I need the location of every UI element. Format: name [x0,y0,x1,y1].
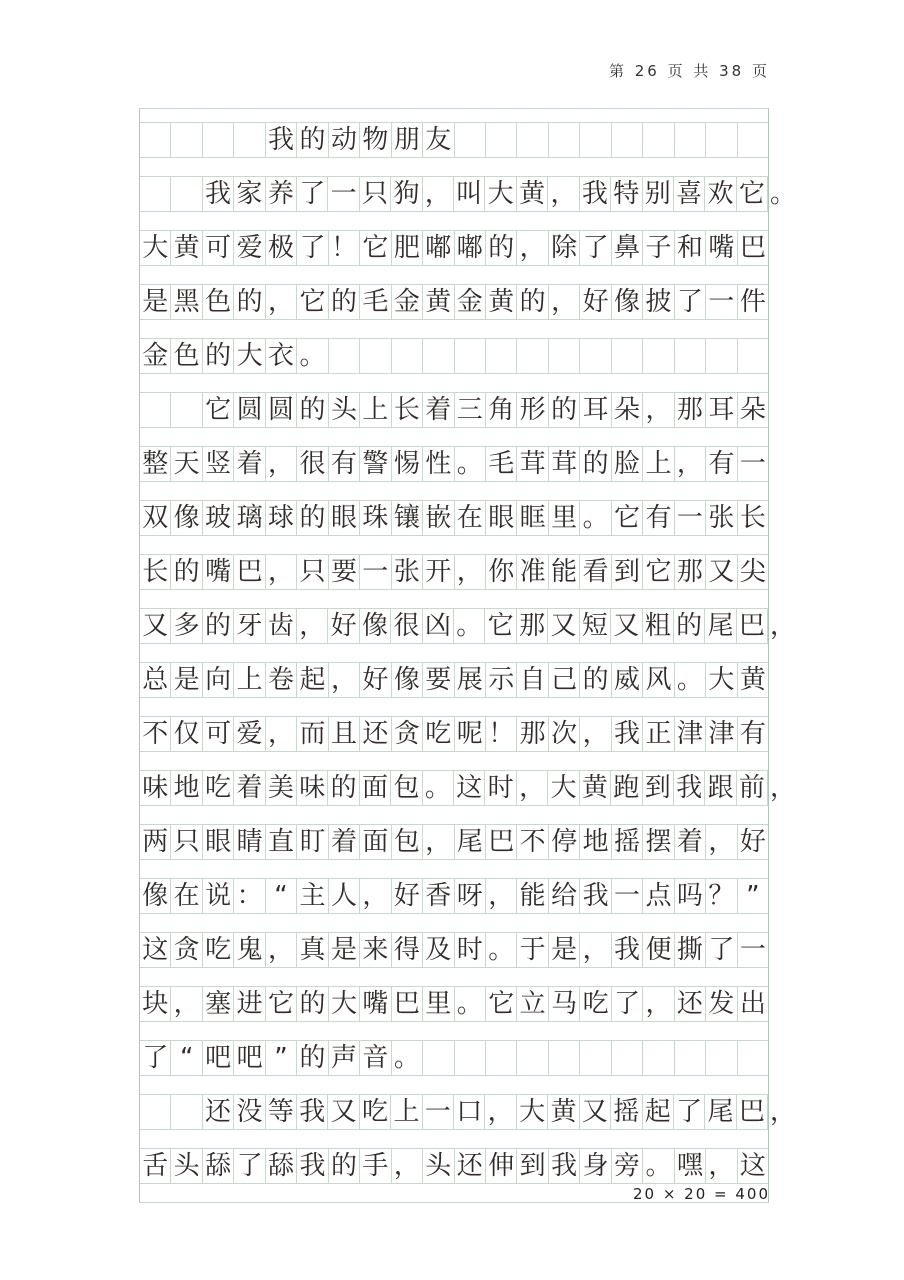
grid-cell: 的 [674,609,705,643]
grid-cell: 身 [580,1149,611,1183]
grid-cell: 在 [455,501,486,535]
grid-cell: 我 [549,1149,580,1183]
grid-cell: 马 [549,987,580,1021]
grid-cell: 竖 [203,447,234,481]
grid-cell: 又 [548,609,579,643]
grid-cell: 我 [266,123,297,157]
grid-cell: 美 [266,771,297,805]
grid-cell: 这 [454,771,485,805]
grid-cell: 的 [203,339,234,373]
grid-cell: 长 [140,555,171,589]
grid-cell: 巴 [737,609,768,643]
grid-cell: 的 [580,447,611,481]
grid-cell: ” [266,1041,297,1075]
grid-cell: 大 [329,987,360,1021]
grid-cell: 色 [203,285,234,319]
grid-cell: 我 [612,717,643,751]
page-number-indicator: 第 26 页 共 38 页 [609,60,770,81]
grid-cell: 口 [454,1095,485,1129]
grid-cell: ， [485,1095,516,1129]
grid-cell: 张 [706,501,737,535]
grid-cell [612,1041,643,1075]
grid-row: 舌头舔了舔我的手，头还伸到我身旁。嘿，这 [140,1148,768,1184]
row-gap-strip [140,1130,768,1148]
grid-cell: 那 [675,393,706,427]
grid-cell [203,123,234,157]
grid-cell: 我 [674,771,705,805]
grid-cell: 开 [423,555,454,589]
grid-cell: 双 [140,501,171,535]
grid-cell: 着 [234,771,265,805]
grid-cell: 眼 [329,501,360,535]
grid-cell: 起 [297,663,328,697]
row-gap-strip [140,698,768,716]
grid-cell: ， [517,771,548,805]
grid-cell: “ [171,1041,202,1075]
grid-cell: 爱 [234,717,265,751]
grid-cell [392,339,423,373]
grid-cell: 嘟 [455,231,486,265]
grid-cell: 还 [455,1149,486,1183]
grid-cell: 。 [675,663,706,697]
grid-cell: 球 [266,501,297,535]
row-gap-strip [140,1076,768,1094]
grid-cell: 巴 [392,987,423,1021]
grid-cell [140,1095,171,1129]
grid-cell [643,123,674,157]
grid-cell [486,1041,517,1075]
grid-cell [486,339,517,373]
row-gap-strip [140,374,768,392]
grid-cell: 一 [738,447,768,481]
grid-cell: 我 [612,933,643,967]
grid-cell: 了 [297,177,328,211]
grid-cell: 那 [517,609,548,643]
grid-cell: 眼 [486,501,517,535]
grid-cell: 子 [643,231,674,265]
grid-cell: 在 [171,879,202,913]
composition-page: 第 26 页 共 38 页 我的动物朋友我家养了一只狗，叫大黄，我特别喜欢它。大… [0,0,904,1280]
grid-cell: 惕 [392,447,423,481]
grid-cell: 一 [612,879,643,913]
grid-cell [517,123,548,157]
grid-cell: 且 [329,717,360,751]
grid-cell: 呢 [455,717,486,751]
grid-cell: 短 [580,609,611,643]
grid-cell: 上 [643,447,674,481]
grid-row: 大黄可爱极了！它肥嘟嘟的，除了鼻子和嘴巴 [140,230,768,266]
grid-cell: 巴 [234,555,265,589]
grid-cell: 有 [706,447,737,481]
grid-cell: 家 [234,177,265,211]
grid-cell: ： [234,879,265,913]
grid-cell: 金 [455,285,486,319]
grid-cell: 只 [297,555,328,589]
grid-cell: 时 [455,933,486,967]
grid-cell: 停 [549,825,580,859]
grid-cell [486,123,517,157]
grid-cell: 特 [611,177,642,211]
grid-cell: ， [360,879,391,913]
grid-cell: 形 [517,393,548,427]
grid-cell: 尾 [705,1095,736,1129]
grid-cell: 头 [329,393,360,427]
grid-cell: 贪 [392,717,423,751]
grid-cell: 来 [360,933,391,967]
grid-cell: 只 [360,177,391,211]
grid-cell: 动 [329,123,360,157]
grid-cell: 巴 [738,231,768,265]
grid-cell: 茸 [517,447,548,481]
grid-cell: 不 [140,717,171,751]
grid-cell: 要 [329,555,360,589]
row-gap-strip [140,109,768,122]
grid-cell: 嘿 [675,1149,706,1183]
grid-cell: 那 [675,555,706,589]
grid-cell: 发 [706,987,737,1021]
grid-cell: 的 [297,501,328,535]
grid-cell: 它 [485,609,516,643]
grid-cell: 还 [675,987,706,1021]
grid-cell: 声 [329,1041,360,1075]
row-gap-strip [140,266,768,284]
grid-cell: 时 [485,771,516,805]
grid-cell: 它 [612,501,643,535]
grid-cell: 你 [486,555,517,589]
grid-cell: 味 [297,771,328,805]
grid-cell: 它 [486,987,517,1021]
grid-row: 总是向上卷起，好像要展示自己的威风。大黄 [140,662,768,698]
row-gap-strip [140,428,768,446]
row-gap-strip [140,212,768,230]
grid-cell: 朵 [738,393,768,427]
grid-cell: 又 [611,609,642,643]
grid-cell: 整 [140,447,171,481]
grid-row: 整天竖着，很有警惕性。毛茸茸的脸上，有一 [140,446,768,482]
grid-cell: 的 [171,555,202,589]
grid-cell: 黄 [548,1095,579,1129]
grid-cell: 的 [297,987,328,1021]
grid-cell: 风 [643,663,674,697]
row-gap-strip [140,158,768,176]
grid-cell: 自 [517,663,548,697]
grid-cell [423,339,454,373]
grid-cell: 贪 [171,933,202,967]
grid-cell: 叫 [454,177,485,211]
grid-cell: ， [517,231,548,265]
grid-cell: 鬼 [234,933,265,967]
grid-cell: 真 [297,933,328,967]
grid-cell: 喜 [674,177,705,211]
grid-cell [140,393,171,427]
grid-cell: 鼻 [612,231,643,265]
grid-cell [423,1041,454,1075]
grid-cell [643,339,674,373]
grid-cell: 头 [171,1149,202,1183]
grid-cell: 尾 [705,609,736,643]
grid-cell: 能 [517,879,548,913]
grid-cell: ， [580,717,611,751]
grid-cell: 嘴 [203,555,234,589]
grid-cell: 津 [675,717,706,751]
row-gap-strip [140,752,768,770]
grid-cell: 又 [140,609,171,643]
grid-cell [171,123,202,157]
hanging-punctuation: ， [770,609,794,643]
grid-cell: 张 [392,555,423,589]
grid-cell: 吧 [203,1041,234,1075]
grid-cell: 那 [517,717,548,751]
grid-cell [455,123,486,157]
grid-cell: 镶 [392,501,423,535]
grid-cell: ， [266,933,297,967]
row-gap-strip [140,482,768,500]
grid-cell: 准 [517,555,548,589]
grid-cell: 了 [580,231,611,265]
grid-cell: 眶 [517,501,548,535]
grid-cell: 了 [675,285,706,319]
grid-row: 块，塞进它的大嘴巴里。它立马吃了，还发出 [140,986,768,1022]
grid-cell [171,393,202,427]
row-gap-strip [140,860,768,878]
grid-cell: 香 [423,879,454,913]
grid-cell [329,339,360,373]
grid-cell: 很 [297,447,328,481]
grid-cell: 看 [580,555,611,589]
grid-cell: 它 [643,555,674,589]
grid-cell: 还 [203,1095,234,1129]
grid-cell: 大 [706,663,737,697]
grid-cell: 黑 [171,285,202,319]
grid-cell: 吃 [203,771,234,805]
hanging-punctuation: ， [770,1095,794,1129]
grid-cell: 是 [549,933,580,967]
grid-cell [517,1041,548,1075]
grid-cell [171,1095,202,1129]
grid-cell [549,1041,580,1075]
grid-cell: 。 [580,501,611,535]
grid-row: 是黑色的，它的毛金黄金黄的，好像披了一件 [140,284,768,320]
grid-cell: 到 [517,1149,548,1183]
grid-cell [675,339,706,373]
grid-cell: 友 [423,123,454,157]
grid-cell: ， [329,663,360,697]
grid-cell: 还 [360,717,391,751]
grid-cell [675,123,706,157]
grid-cell: 耳 [706,393,737,427]
grid-cell: 的 [297,1041,328,1075]
grid-cell: 。 [297,339,328,373]
grid-cell: 又 [706,555,737,589]
hanging-punctuation: ， [770,771,794,805]
grid-cell: ！ [486,717,517,751]
grid-cell: 展 [455,663,486,697]
grid-cell: 等 [266,1095,297,1129]
grid-cell: ， [297,609,328,643]
grid-cell: 音 [360,1041,391,1075]
grid-cell: 它 [297,285,328,319]
grid-cell: 的 [203,609,234,643]
composition-grid: 我的动物朋友我家养了一只狗，叫大黄，我特别喜欢它。大黄可爱极了！它肥嘟嘟的，除了… [139,108,769,1203]
grid-cell [738,339,768,373]
grid-cell: 。 [454,609,485,643]
grid-cell: 我 [580,177,611,211]
grid-cell: 到 [612,555,643,589]
title-row: 我的动物朋友 [140,122,768,158]
grid-cell: 便 [643,933,674,967]
grid-cell: 有 [738,717,768,751]
grid-cell: 津 [706,717,737,751]
grid-cell: 手 [360,1149,391,1183]
grid-row: 双像玻璃球的眼珠镶嵌在眼眶里。它有一张长 [140,500,768,536]
grid-cell [612,123,643,157]
grid-cell: 包 [391,771,422,805]
grid-cell: 养 [266,177,297,211]
grid-cell: 别 [643,177,674,211]
grid-cell: 上 [391,1095,422,1129]
grid-cell: 披 [643,285,674,319]
grid-cell: 一 [706,285,737,319]
grid-cell: 好 [360,663,391,697]
grid-cell: ？ [706,879,737,913]
grid-cell: 它 [266,987,297,1021]
grid-cell: 物 [360,123,391,157]
grid-cell: 性 [423,447,454,481]
grid-cell: 摇 [612,825,643,859]
grid-cell: 和 [675,231,706,265]
grid-cell: 了 [234,1149,265,1183]
grid-cell [675,1041,706,1075]
grid-cell: 次 [549,717,580,751]
grid-cell: 我 [203,177,234,211]
grid-cell: 舔 [203,1149,234,1183]
grid-cell: 它 [737,177,768,211]
grid-cell: 璃 [234,501,265,535]
grid-cell [706,123,737,157]
row-gap-strip [140,1022,768,1040]
grid-cell: 地 [580,825,611,859]
grid-cell: 脸 [612,447,643,481]
grid-cell: 了 [706,933,737,967]
grid-cell: 正 [643,717,674,751]
grid-cell: 色 [171,339,202,373]
grid-cell: 朵 [612,393,643,427]
grid-cell: 着 [423,393,454,427]
grid-cell: 主 [297,879,328,913]
grid-cell: 只 [171,825,202,859]
grid-cell: 黄 [171,231,202,265]
grid-cell: 极 [266,231,297,265]
grid-cell: 黄 [486,285,517,319]
grid-cell: 上 [360,393,391,427]
grid-row: 像在说：“主人，好香呀，能给我一点吗？” [140,878,768,914]
grid-cell [643,1041,674,1075]
grid-cell [580,123,611,157]
grid-cell [580,339,611,373]
grid-cell [140,177,171,211]
grid-cell: 吃 [360,1095,391,1129]
grid-cell: 上 [234,663,265,697]
grid-cell: ， [266,447,297,481]
grid-cell: 件 [738,285,768,319]
grid-cell: 了 [297,231,328,265]
grid-cell [455,1041,486,1075]
grid-cell: 了 [612,987,643,1021]
grid-cell: 巴 [737,1095,768,1129]
grid-cell [738,123,768,157]
grid-row: 这贪吃鬼，真是来得及时。于是，我便撕了一 [140,932,768,968]
grid-cell: 跑 [611,771,642,805]
grid-cell: 嘴 [360,987,391,1021]
grid-cell: 这 [140,933,171,967]
grid-cell: 可 [203,231,234,265]
grid-cell: 了 [674,1095,705,1129]
grid-cell [580,1041,611,1075]
grid-cell: 。 [392,1041,423,1075]
grid-cell: 金 [392,285,423,319]
grid-cell: ， [266,717,297,751]
grid-cell: 黄 [738,663,768,697]
grid-cell: 的 [297,393,328,427]
grid-cell: 着 [675,825,706,859]
grid-cell: 齿 [266,609,297,643]
grid-cell: 像 [392,663,423,697]
grid-row: 又多的牙齿，好像很凶。它那又短又粗的尾巴， [140,608,768,644]
grid-cell: 的 [297,123,328,157]
grid-cell [171,177,202,211]
grid-cell: 吃 [580,987,611,1021]
grid-cell: ， [580,933,611,967]
grid-cell: 好 [328,609,359,643]
grid-cell: 出 [738,987,768,1021]
grid-cell: 黄 [580,771,611,805]
grid-cell: ， [423,177,454,211]
grid-cell: ， [455,555,486,589]
grid-cell: ， [486,879,517,913]
row-gap-strip [140,644,768,662]
grid-cell: 起 [643,1095,674,1129]
grid-cell: 朋 [392,123,423,157]
grid-cell: 像 [612,285,643,319]
grid-cell: 牙 [234,609,265,643]
grid-cell: 吗 [675,879,706,913]
grid-cell: ， [423,825,454,859]
row-gap-strip [140,590,768,608]
grid-cell: 得 [392,933,423,967]
grid-cell: 。 [643,1149,674,1183]
grid-cell: ， [643,393,674,427]
grid-cell: 茸 [549,447,580,481]
grid-cell: 长 [738,501,768,535]
grid-cell: 于 [517,933,548,967]
grid-cell: 跟 [705,771,736,805]
grid-cell: 狗 [391,177,422,211]
grid-row: 还没等我又吃上一口，大黄又摇起了尾巴， [140,1094,768,1130]
grid-cell: 呀 [455,879,486,913]
grid-cell: 舔 [266,1149,297,1183]
grid-cell: ， [706,825,737,859]
grid-cell: 这 [738,1149,768,1183]
grid-cell: 的 [517,285,548,319]
grid-cell: 金 [140,339,171,373]
grid-cell: 给 [549,879,580,913]
grid-cell [360,339,391,373]
grid-cell: 一 [423,1095,454,1129]
grid-cell: 着 [329,825,360,859]
grid-cell: 块 [140,987,171,1021]
grid-cell: 吃 [423,717,454,751]
grid-cell: 点 [643,879,674,913]
